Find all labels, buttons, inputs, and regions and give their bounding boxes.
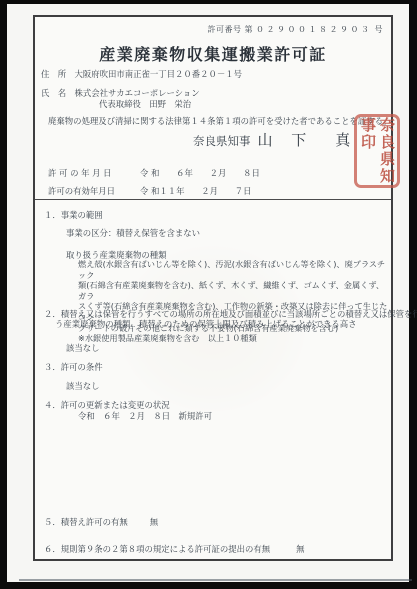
section2-heading-line2: う産業廃棄物の種類、積替えのための保管上限及び積み上げることができる高さ xyxy=(55,318,357,330)
section4-number: ４． xyxy=(44,400,61,410)
scanned-page: 許可番号 第０２９００１８２９０３号 産業廃棄物収集運搬業許可証 住 所 大阪府… xyxy=(7,4,409,582)
permit-number-suffix: 号 xyxy=(375,25,384,34)
section1-title: 事業の範囲 xyxy=(61,210,103,220)
governor-red-seal: 奈良県知事印 xyxy=(354,114,400,188)
issuer-name: 山 下 真 xyxy=(258,131,358,149)
document-title: 産業廃棄物収集運搬業許可証 xyxy=(35,42,391,65)
expiry-date-label: 許可の有効年月日 xyxy=(48,185,115,197)
section5-title: 積替え許可の有無 xyxy=(61,517,128,527)
section1-heading: １．事業の範囲 xyxy=(44,209,103,221)
issuer-title: 奈良県知事 xyxy=(193,134,251,148)
section4-title: 許可の更新または変更の状況 xyxy=(61,400,170,410)
section5-row: ５．積替え許可の有無無 xyxy=(44,516,158,528)
issue-date-value: 令 和 ６年 ２月 ８日 xyxy=(140,167,260,179)
address-row: 住 所 大阪府吹田市南正雀一丁目２０番２０－１号 xyxy=(41,68,242,80)
section6-value: 無 xyxy=(296,544,304,554)
section6-number: ６． xyxy=(44,544,61,554)
section1-business-category: 事業の区分：積替え保管を含まない xyxy=(66,227,200,239)
section3-number: ３． xyxy=(44,362,61,372)
section3-title: 許可の条件 xyxy=(61,362,103,372)
section5-value: 無 xyxy=(150,517,158,527)
address-label: 住 所 xyxy=(41,69,66,79)
permit-number-prefix: 許可番号 第 xyxy=(207,25,253,34)
section6-row: ６．規則第９条の２第８項の規定による許可証の提出の有無無 xyxy=(44,543,305,555)
permit-number-line: 許可番号 第０２９００１８２９０３号 xyxy=(207,24,383,35)
header-divider xyxy=(35,199,391,200)
waste-types-line: 燃え殻(水銀含有ばいじん等を除く)、汚泥(水銀含有ばいじん等を除く)、廃プラスチ… xyxy=(78,259,390,280)
name-label: 氏 名 xyxy=(41,88,66,98)
section4-value: 令和 ６年 ２月 ８日 新規許可 xyxy=(78,410,212,422)
section6-title: 規則第９条の２第８項の規定による許可証の提出の有無 xyxy=(61,544,270,554)
certification-statement: 廃棄物の処理及び清掃に関する法律第１４条第１項の許可を受けた者であることを証する… xyxy=(48,115,391,127)
permit-number-value: ０２９００１８２９０３ xyxy=(256,25,372,34)
representative-row: 代表取締役 田野 栄治 xyxy=(99,98,191,110)
waste-types-line: 類(石綿含有産業廃棄物を含む)、紙くず、木くず、繊維くず、ゴムくず、金属くず、ガ… xyxy=(78,280,390,301)
certificate-border-box: 許可番号 第０２９００１８２９０３号 産業廃棄物収集運搬業許可証 住 所 大阪府… xyxy=(33,15,393,561)
issuer-line: 奈良県知事山 下 真 xyxy=(193,129,357,150)
section3-value: 該当なし xyxy=(66,380,100,392)
expiry-date-value: 令 和１１年 ２月 ７日 xyxy=(140,185,252,197)
section2-value: 該当なし xyxy=(66,342,100,354)
scan-artifact-strip xyxy=(19,579,412,581)
section5-number: ５． xyxy=(44,517,61,527)
section1-waste-types-text: 燃え殻(水銀含有ばいじん等を除く)、汚泥(水銀含有ばいじん等を除く)、廃プラスチ… xyxy=(78,259,390,344)
issue-date-label: 許 可 の 年 月 日 xyxy=(48,167,112,179)
company-name: 株式会社サカエコーポレーション xyxy=(75,88,200,98)
section1-number: １． xyxy=(44,210,61,220)
waste-types-note: ※水銀使用製品産業廃棄物を含む 以上１０種類 xyxy=(78,333,390,344)
address-value: 大阪府吹田市南正雀一丁目２０番２０－１号 xyxy=(75,69,243,79)
section3-heading: ３．許可の条件 xyxy=(44,361,103,373)
